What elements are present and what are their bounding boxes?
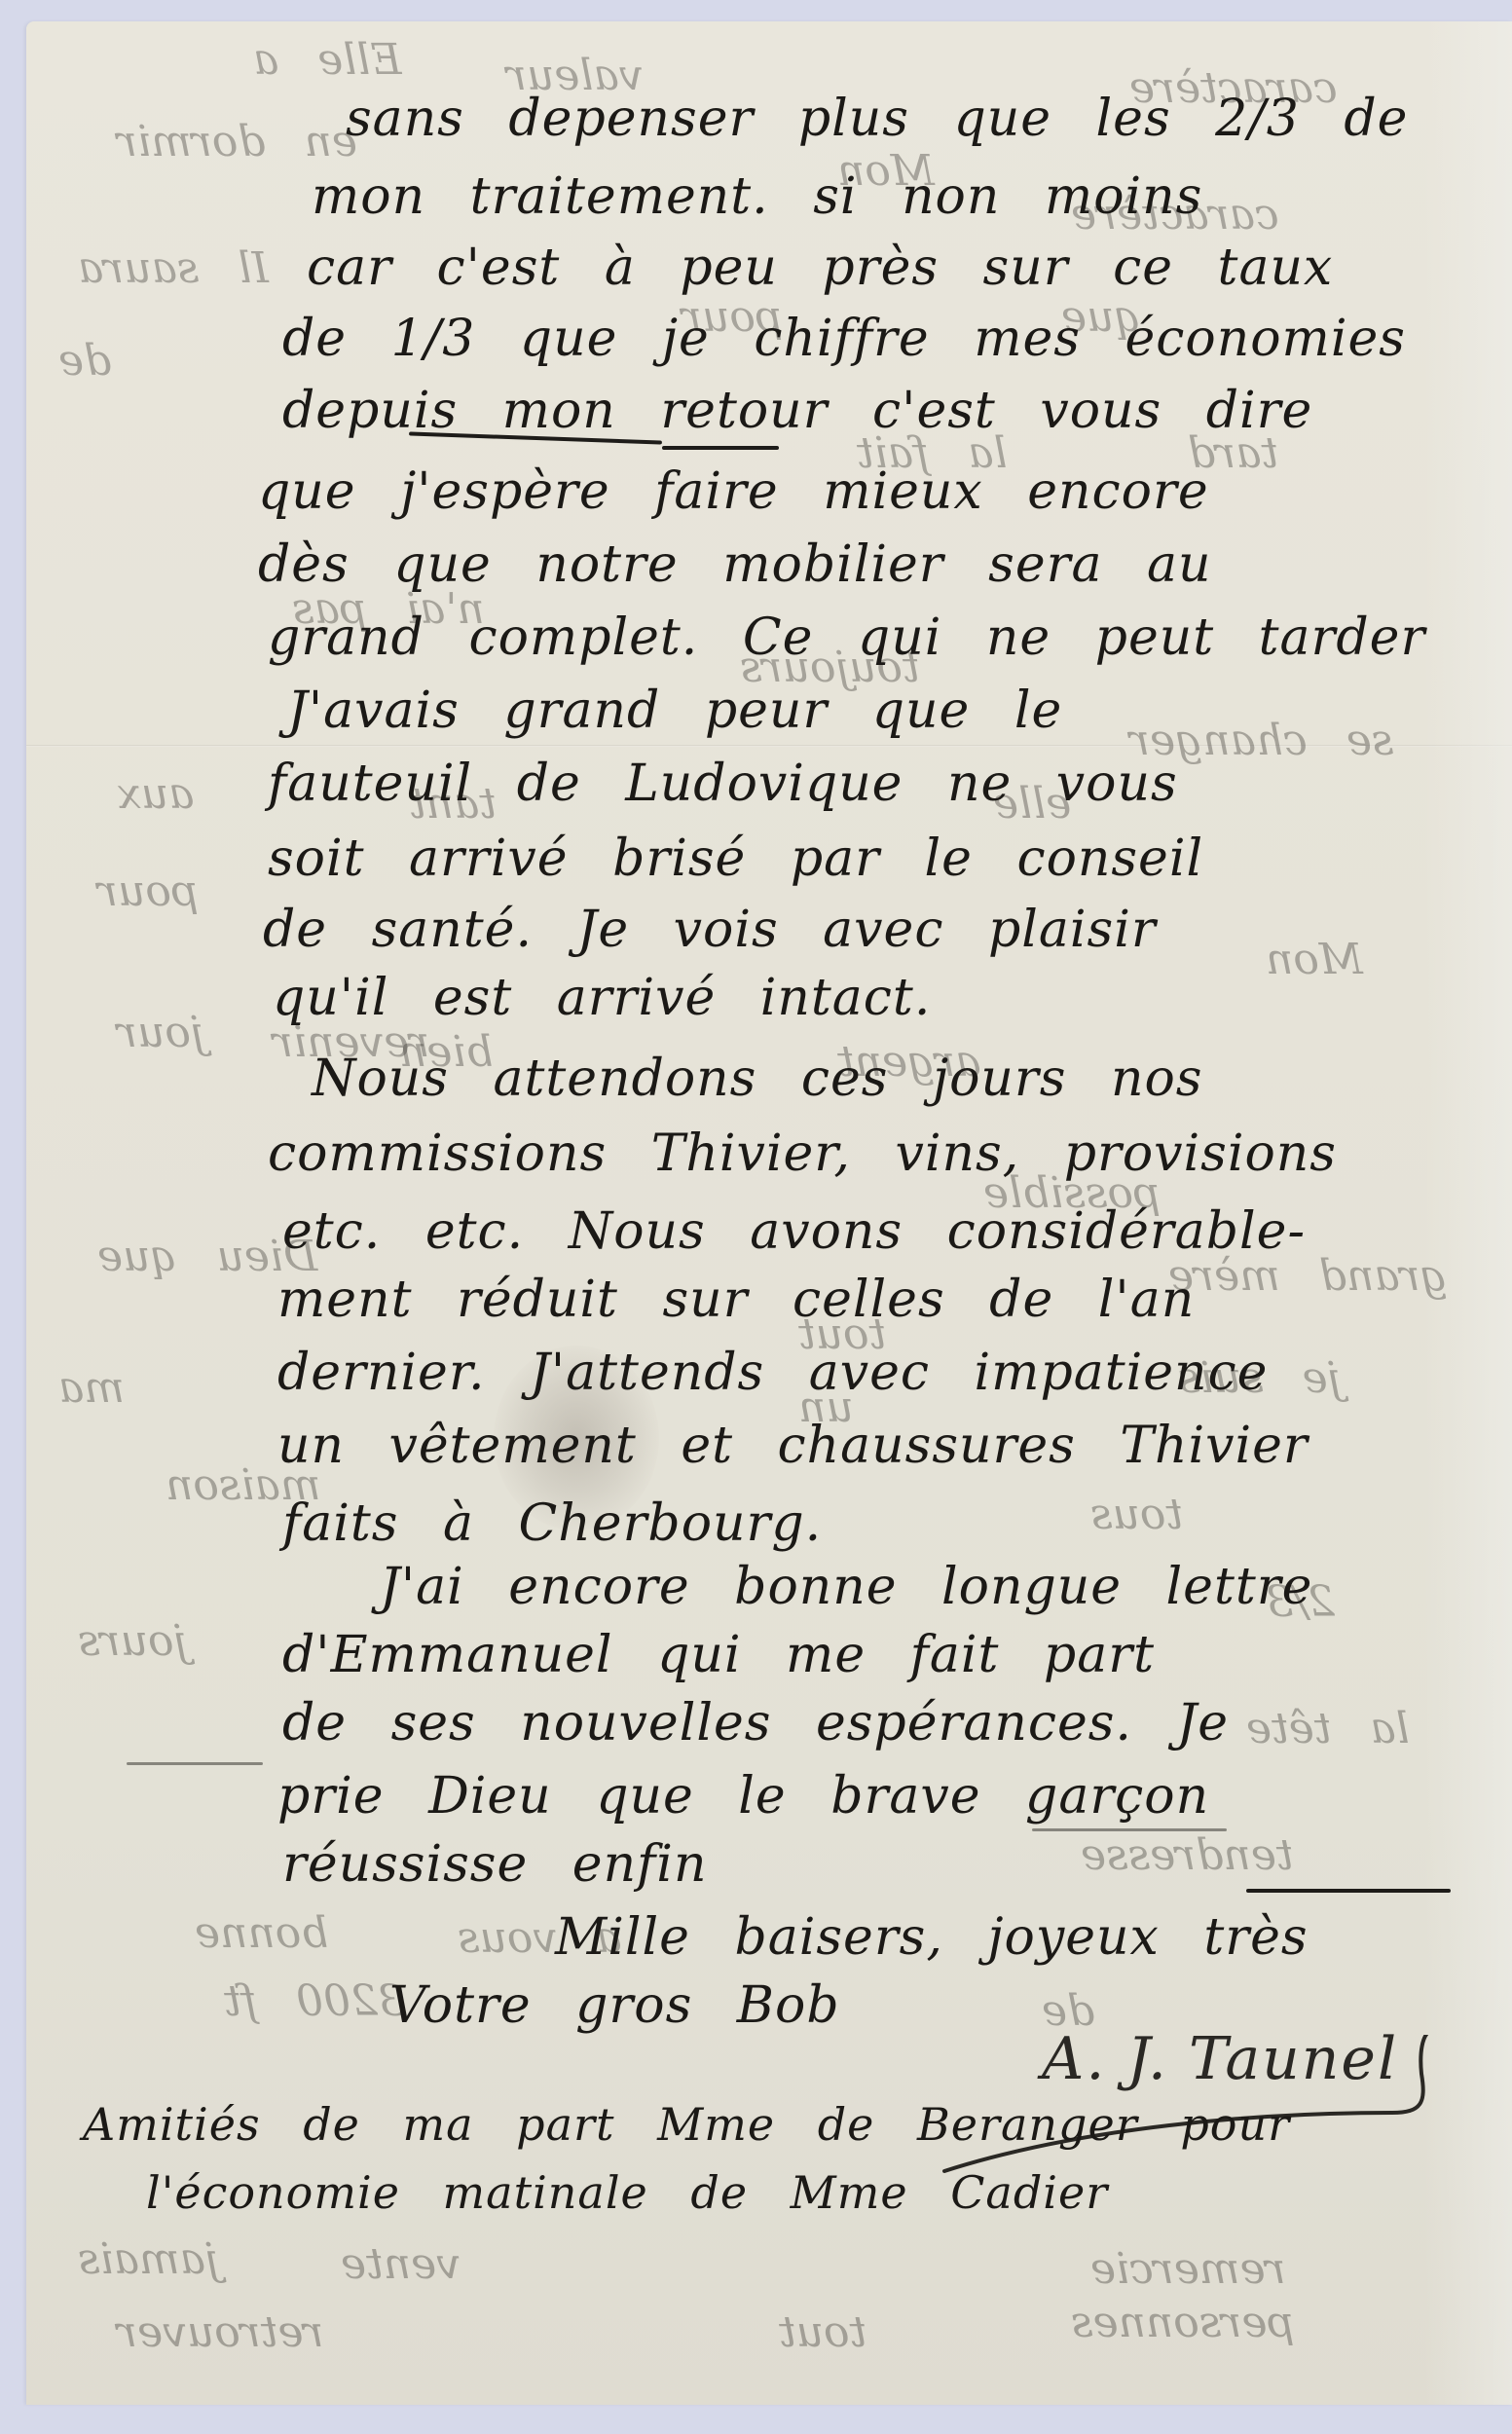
letter-line: de santé. Je vois avec plaisir xyxy=(263,901,1157,959)
underline-stroke xyxy=(1246,1889,1451,1893)
bleed-through-text: vente xyxy=(341,2239,461,2289)
letter-line: J'avais grand peur que le xyxy=(287,682,1062,740)
bleed-through-text: Mon xyxy=(1266,935,1363,984)
letter-line: Mille baisers, joyeux très xyxy=(555,1908,1309,1967)
postscript-line: Amitiés de ma part Mme de Beranger pour xyxy=(83,2098,1290,2151)
bleed-through-text: en dormir xyxy=(117,117,357,166)
bleed-through-text: remercie xyxy=(1090,2244,1286,2294)
bleed-through-text: bonne xyxy=(195,1908,328,1958)
bleed-through-text: personnes xyxy=(1071,2298,1295,2347)
letter-line: faits à Cherbourg. xyxy=(282,1494,822,1553)
bleed-through-text: aux xyxy=(117,769,194,819)
letter-line: dès que notre mobilier sera au xyxy=(258,535,1212,594)
letter-line: depuis mon retour c'est vous dire xyxy=(282,382,1312,440)
bleed-through-text: de xyxy=(58,336,111,386)
letter-line: de ses nouvelles espérances. Je xyxy=(282,1694,1229,1752)
bleed-through-text: 3200 ft xyxy=(224,1976,405,2026)
bleed-through-text: la tête xyxy=(1246,1704,1410,1753)
letter-line: Votre gros Bob xyxy=(389,1976,840,2035)
bleed-through-text: Elle a xyxy=(253,35,402,85)
underline-stroke xyxy=(662,446,779,450)
bleed-through-text: jour xyxy=(117,1008,204,1057)
letter-line: mon traitement. si non moins xyxy=(312,167,1202,226)
bleed-through-text: tendresse xyxy=(1081,1830,1294,1880)
underline-stroke xyxy=(1032,1828,1227,1831)
letter-line: Nous attendons ces jours nos xyxy=(312,1050,1202,1108)
letter-line: etc. etc. Nous avons considérable- xyxy=(282,1202,1306,1261)
letter-line: d'Emmanuel qui me fait part xyxy=(282,1626,1155,1684)
bleed-through-text: jours xyxy=(78,1616,187,1666)
bleed-through-text: tout xyxy=(779,2307,867,2357)
letter-line: qu'il est arrivé intact. xyxy=(273,969,931,1027)
bleed-through-text: retrouver xyxy=(117,2307,324,2357)
letter-line: car c'est à peu près sur ce taux xyxy=(307,239,1333,297)
bleed-through-text: ma xyxy=(58,1363,125,1413)
bleed-through-text: pour xyxy=(97,867,199,916)
letter-line: soit arrivé brisé par le conseil xyxy=(268,830,1203,888)
letter-line: commissions Thivier, vins, provisions xyxy=(268,1125,1337,1183)
postscript-line: l'économie matinale de Mme Cadier xyxy=(146,2166,1108,2219)
bleed-through-text: Il saura xyxy=(78,243,269,293)
letter-line: un vêtement et chaussures Thivier xyxy=(277,1417,1309,1475)
letter-line: ment réduit sur celles de l'an xyxy=(277,1271,1195,1329)
letter-line: sans depenser plus que les 2/3 de xyxy=(346,90,1408,148)
letter-line: réussisse enfin xyxy=(282,1835,707,1894)
underline-stroke xyxy=(127,1762,263,1765)
letter-line: fauteuil de Ludovique ne vous xyxy=(268,755,1178,813)
letter-line: que j'espère faire mieux encore xyxy=(258,462,1209,521)
letter-line: de 1/3 que je chiffre mes économies xyxy=(282,310,1406,368)
letter-line: dernier. J'attends avec impatience xyxy=(277,1344,1268,1402)
letter-line: prie Dieu que le brave garçon xyxy=(277,1767,1209,1825)
letter-line: J'ai encore bonne longue lettre xyxy=(380,1558,1312,1616)
bleed-through-text: tous xyxy=(1090,1490,1183,1539)
bleed-through-text: jamais xyxy=(78,2234,218,2284)
letter-line: grand complet. Ce qui ne peut tarder xyxy=(268,608,1425,667)
